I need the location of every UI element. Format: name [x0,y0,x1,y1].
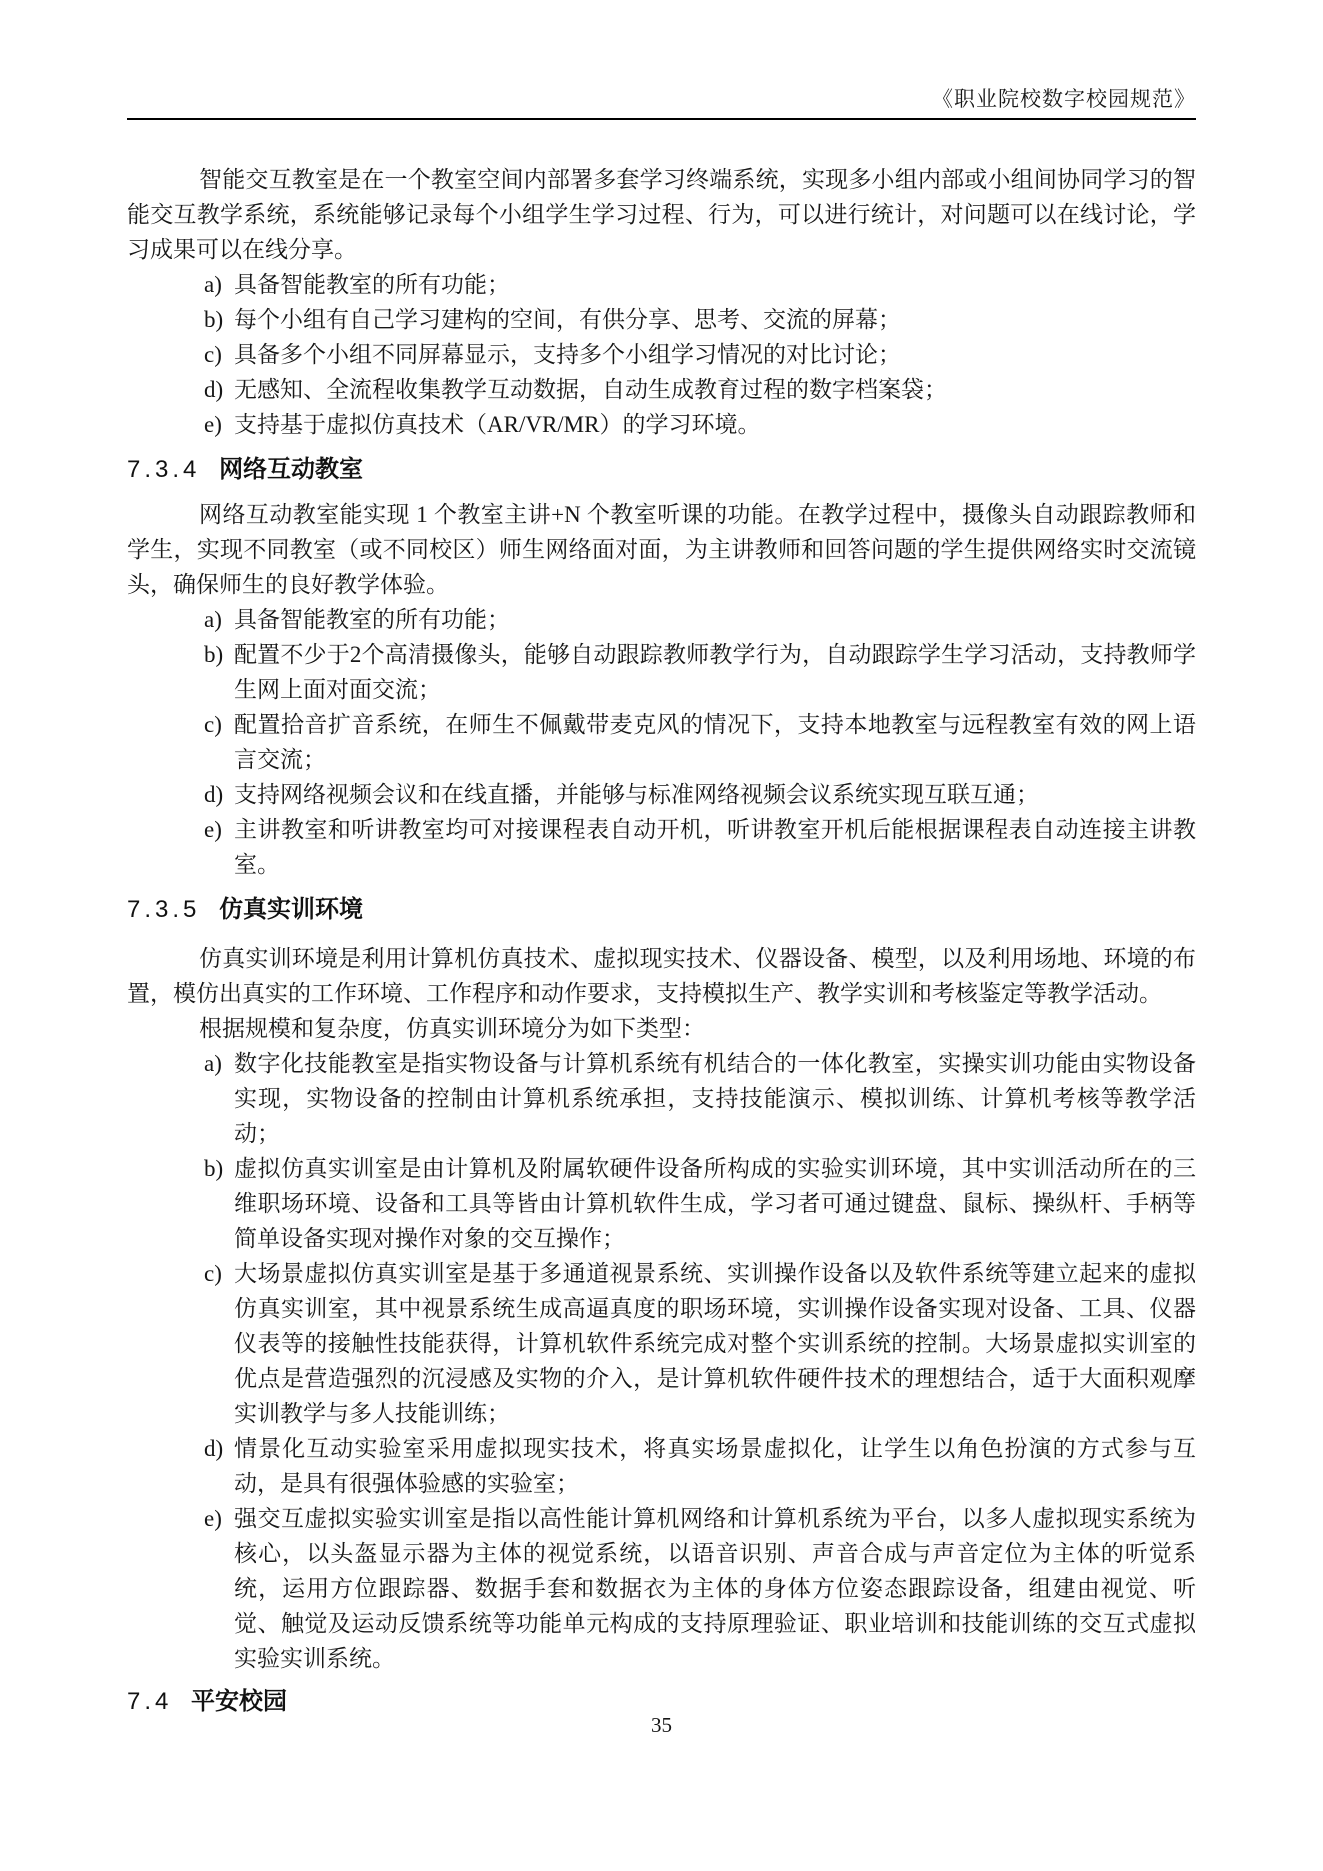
list-item-text: 支持网络视频会议和在线直播，并能够与标准网络视频会议系统实现互联互通； [234,782,1039,807]
list-item-text: 虚拟仿真实训室是由计算机及附属软硬件设备所构成的实验实训环境，其中实训活动所在的… [234,1156,1196,1251]
list-item-text: 无感知、全流程收集教学互动数据，自动生成教育过程的数字档案袋； [234,377,947,402]
list-item-text: 支持基于虚拟仿真技术（AR/VR/MR）的学习环境。 [234,412,760,437]
lettered-list: a) 具备智能教室的所有功能； b) 配置不少于2个高清摄像头，能够自动跟踪教师… [127,602,1196,882]
list-item-text: 具备多个小组不同屏幕显示，支持多个小组学习情况的对比讨论； [234,342,901,367]
list-item-text: 每个小组有自己学习建构的空间，有供分享、思考、交流的屏幕； [234,307,901,332]
body-paragraph: 智能交互教室是在一个教室空间内部署多套学习终端系统，实现多小组内部或小组间协同学… [127,162,1196,267]
list-item-text: 数字化技能教室是指实物设备与计算机系统有机结合的一体化教室，实操实训功能由实物设… [234,1051,1196,1146]
list-item-marker: b) [204,637,223,672]
running-header-title: 《职业院校数字校园规范》 [127,86,1196,112]
section-heading-7-3-4: 7.3.4 网络互动教室 [127,452,1196,487]
list-item-text: 具备智能教室的所有功能； [234,272,510,297]
lettered-list: a) 数字化技能教室是指实物设备与计算机系统有机结合的一体化教室，实操实训功能由… [127,1046,1196,1676]
list-item-marker: d) [204,777,223,812]
body-paragraph: 根据规模和复杂度，仿真实训环境分为如下类型： [127,1011,1196,1046]
list-item-text: 情景化互动实验室采用虚拟现实技术，将真实场景虚拟化，让学生以角色扮演的方式参与互… [234,1436,1196,1496]
list-item: c) 具备多个小组不同屏幕显示，支持多个小组学习情况的对比讨论； [127,337,1196,372]
page-header: 《职业院校数字校园规范》 [127,0,1196,120]
list-item: a) 数字化技能教室是指实物设备与计算机系统有机结合的一体化教室，实操实训功能由… [127,1046,1196,1151]
lettered-list: a) 具备智能教室的所有功能； b) 每个小组有自己学习建构的空间，有供分享、思… [127,267,1196,442]
list-item-marker: c) [204,707,222,742]
list-item-text: 强交互虚拟实验实训室是指以高性能计算机网络和计算机系统为平台，以多人虚拟现实系统… [234,1506,1196,1671]
list-item: d) 支持网络视频会议和在线直播，并能够与标准网络视频会议系统实现互联互通； [127,777,1196,812]
list-item-marker: b) [204,1151,223,1186]
list-item: e) 强交互虚拟实验实训室是指以高性能计算机网络和计算机系统为平台，以多人虚拟现… [127,1501,1196,1676]
list-item: d) 情景化互动实验室采用虚拟现实技术，将真实场景虚拟化，让学生以角色扮演的方式… [127,1431,1196,1501]
list-item: a) 具备智能教室的所有功能； [127,267,1196,302]
list-item: b) 每个小组有自己学习建构的空间，有供分享、思考、交流的屏幕； [127,302,1196,337]
list-item-marker: d) [204,372,223,407]
list-item: a) 具备智能教室的所有功能； [127,602,1196,637]
body-paragraph: 仿真实训环境是利用计算机仿真技术、虚拟现实技术、仪器设备、模型，以及利用场地、环… [127,941,1196,1011]
list-item-marker: c) [204,1256,222,1291]
page-number: 35 [0,1712,1323,1738]
section-heading-7-3-5: 7.3.5 仿真实训环境 [127,892,1196,927]
list-item-marker: e) [204,407,222,442]
section-title: 网络互动教室 [219,456,363,483]
list-item: d) 无感知、全流程收集教学互动数据，自动生成教育过程的数字档案袋； [127,372,1196,407]
list-item-marker: e) [204,1501,222,1536]
list-item-text: 主讲教室和听讲教室均可对接课程表自动开机，听讲教室开机后能根据课程表自动连接主讲… [234,817,1196,877]
list-item-marker: d) [204,1431,223,1466]
list-item-marker: c) [204,337,222,372]
list-item: e) 主讲教室和听讲教室均可对接课程表自动开机，听讲教室开机后能根据课程表自动连… [127,812,1196,882]
list-item-marker: e) [204,812,222,847]
list-item: c) 配置拾音扩音系统，在师生不佩戴带麦克风的情况下，支持本地教室与远程教室有效… [127,707,1196,777]
list-item-marker: b) [204,302,223,337]
list-item: e) 支持基于虚拟仿真技术（AR/VR/MR）的学习环境。 [127,407,1196,442]
page-body: 智能交互教室是在一个教室空间内部署多套学习终端系统，实现多小组内部或小组间协同学… [127,162,1196,1719]
list-item-text: 大场景虚拟仿真实训室是基于多通道视景系统、实训操作设备以及软件系统等建立起来的虚… [234,1261,1196,1426]
section-title: 平安校园 [191,1688,287,1715]
section-number: 7.4 [127,1688,172,1715]
body-paragraph: 网络互动教室能实现 1 个教室主讲+N 个教室听课的功能。在教学过程中，摄像头自… [127,497,1196,602]
section-number: 7.3.4 [127,456,200,483]
list-item-text: 配置不少于2个高清摄像头，能够自动跟踪教师教学行为，自动跟踪学生学习活动，支持教… [234,642,1196,702]
section-title: 仿真实训环境 [219,896,363,923]
list-item-text: 配置拾音扩音系统，在师生不佩戴带麦克风的情况下，支持本地教室与远程教室有效的网上… [234,712,1196,772]
section-number: 7.3.5 [127,896,200,923]
list-item: b) 配置不少于2个高清摄像头，能够自动跟踪教师教学行为，自动跟踪学生学习活动，… [127,637,1196,707]
list-item-marker: a) [204,602,222,637]
list-item-marker: a) [204,1046,222,1081]
document-page: 《职业院校数字校园规范》 智能交互教室是在一个教室空间内部署多套学习终端系统，实… [0,0,1323,1871]
list-item-text: 具备智能教室的所有功能； [234,607,510,632]
list-item: b) 虚拟仿真实训室是由计算机及附属软硬件设备所构成的实验实训环境，其中实训活动… [127,1151,1196,1256]
list-item: c) 大场景虚拟仿真实训室是基于多通道视景系统、实训操作设备以及软件系统等建立起… [127,1256,1196,1431]
list-item-marker: a) [204,267,222,302]
